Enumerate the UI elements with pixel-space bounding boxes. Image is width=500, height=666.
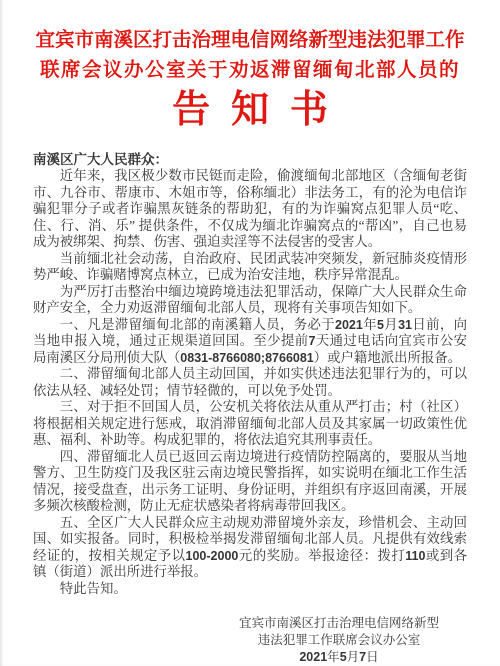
- notice-title-line-1: 宜宾市南溪区打击治理电信网络新型违法犯罪工作: [33, 26, 467, 56]
- notice-title-main: 告知书: [33, 90, 467, 130]
- signature-org-line-2: 违法犯罪工作联席会议办公室: [239, 632, 439, 649]
- notice-paragraph: 当前缅北社会动荡，自治政府、民团武装冲突频发，新冠肺炎疫情形势严峻、诈骗赌博窝点…: [33, 251, 467, 284]
- notice-paragraph-item-5: 五、全区广大人民群众应主动规劝滞留境外亲友，珍惜机会、主动回国、如实报备。同时，…: [33, 515, 467, 581]
- notice-closing: 特此告知。: [33, 581, 467, 598]
- notice-paragraph: 为严厉打击整治中缅边境跨境违法犯罪活动，保障广大人民群众生命财产安全，全力劝返滞…: [33, 284, 467, 317]
- notice-greeting: 南溪区广大人民群众：: [33, 151, 467, 168]
- notice-paragraph: 近年来，我区极少数市民铤而走险，偷渡缅甸北部地区（含缅甸老街市、九谷市、帮康市、…: [33, 168, 467, 251]
- signature-date: 2021年5月7日: [239, 649, 439, 666]
- signature-block: 宜宾市南溪区打击治理电信网络新型 违法犯罪工作联席会议办公室 2021年5月7日: [239, 615, 439, 666]
- notice-paragraph-item-3: 三、对于拒不回国人员，公安机关将依法从重从严打击；村（社区）将根据相关规定进行惩…: [33, 399, 467, 449]
- notice-paragraph-item-4: 四、滞留缅北人员已返回云南边境进行疫情防控隔离的，要服从当地警方、卫生防疫门及我…: [33, 449, 467, 515]
- notice-title-line-2: 联席会议办公室关于劝返滞留缅甸北部人员的: [33, 56, 467, 86]
- notice-paragraph-item-1: 一、凡是滞留缅甸北部的南溪籍人员，务必于2021年5月31日前，向当地申报入境，…: [33, 317, 467, 367]
- notice-paragraph-item-2: 二、滞留缅甸北部人员主动回国，并如实供述违法犯罪行为的，可以依法从轻、减轻处罚；…: [33, 366, 467, 399]
- signature-org-line-1: 宜宾市南溪区打击治理电信网络新型: [239, 615, 439, 632]
- notice-document: 宜宾市南溪区打击治理电信网络新型违法犯罪工作 联席会议办公室关于劝返滞留缅甸北部…: [0, 0, 500, 666]
